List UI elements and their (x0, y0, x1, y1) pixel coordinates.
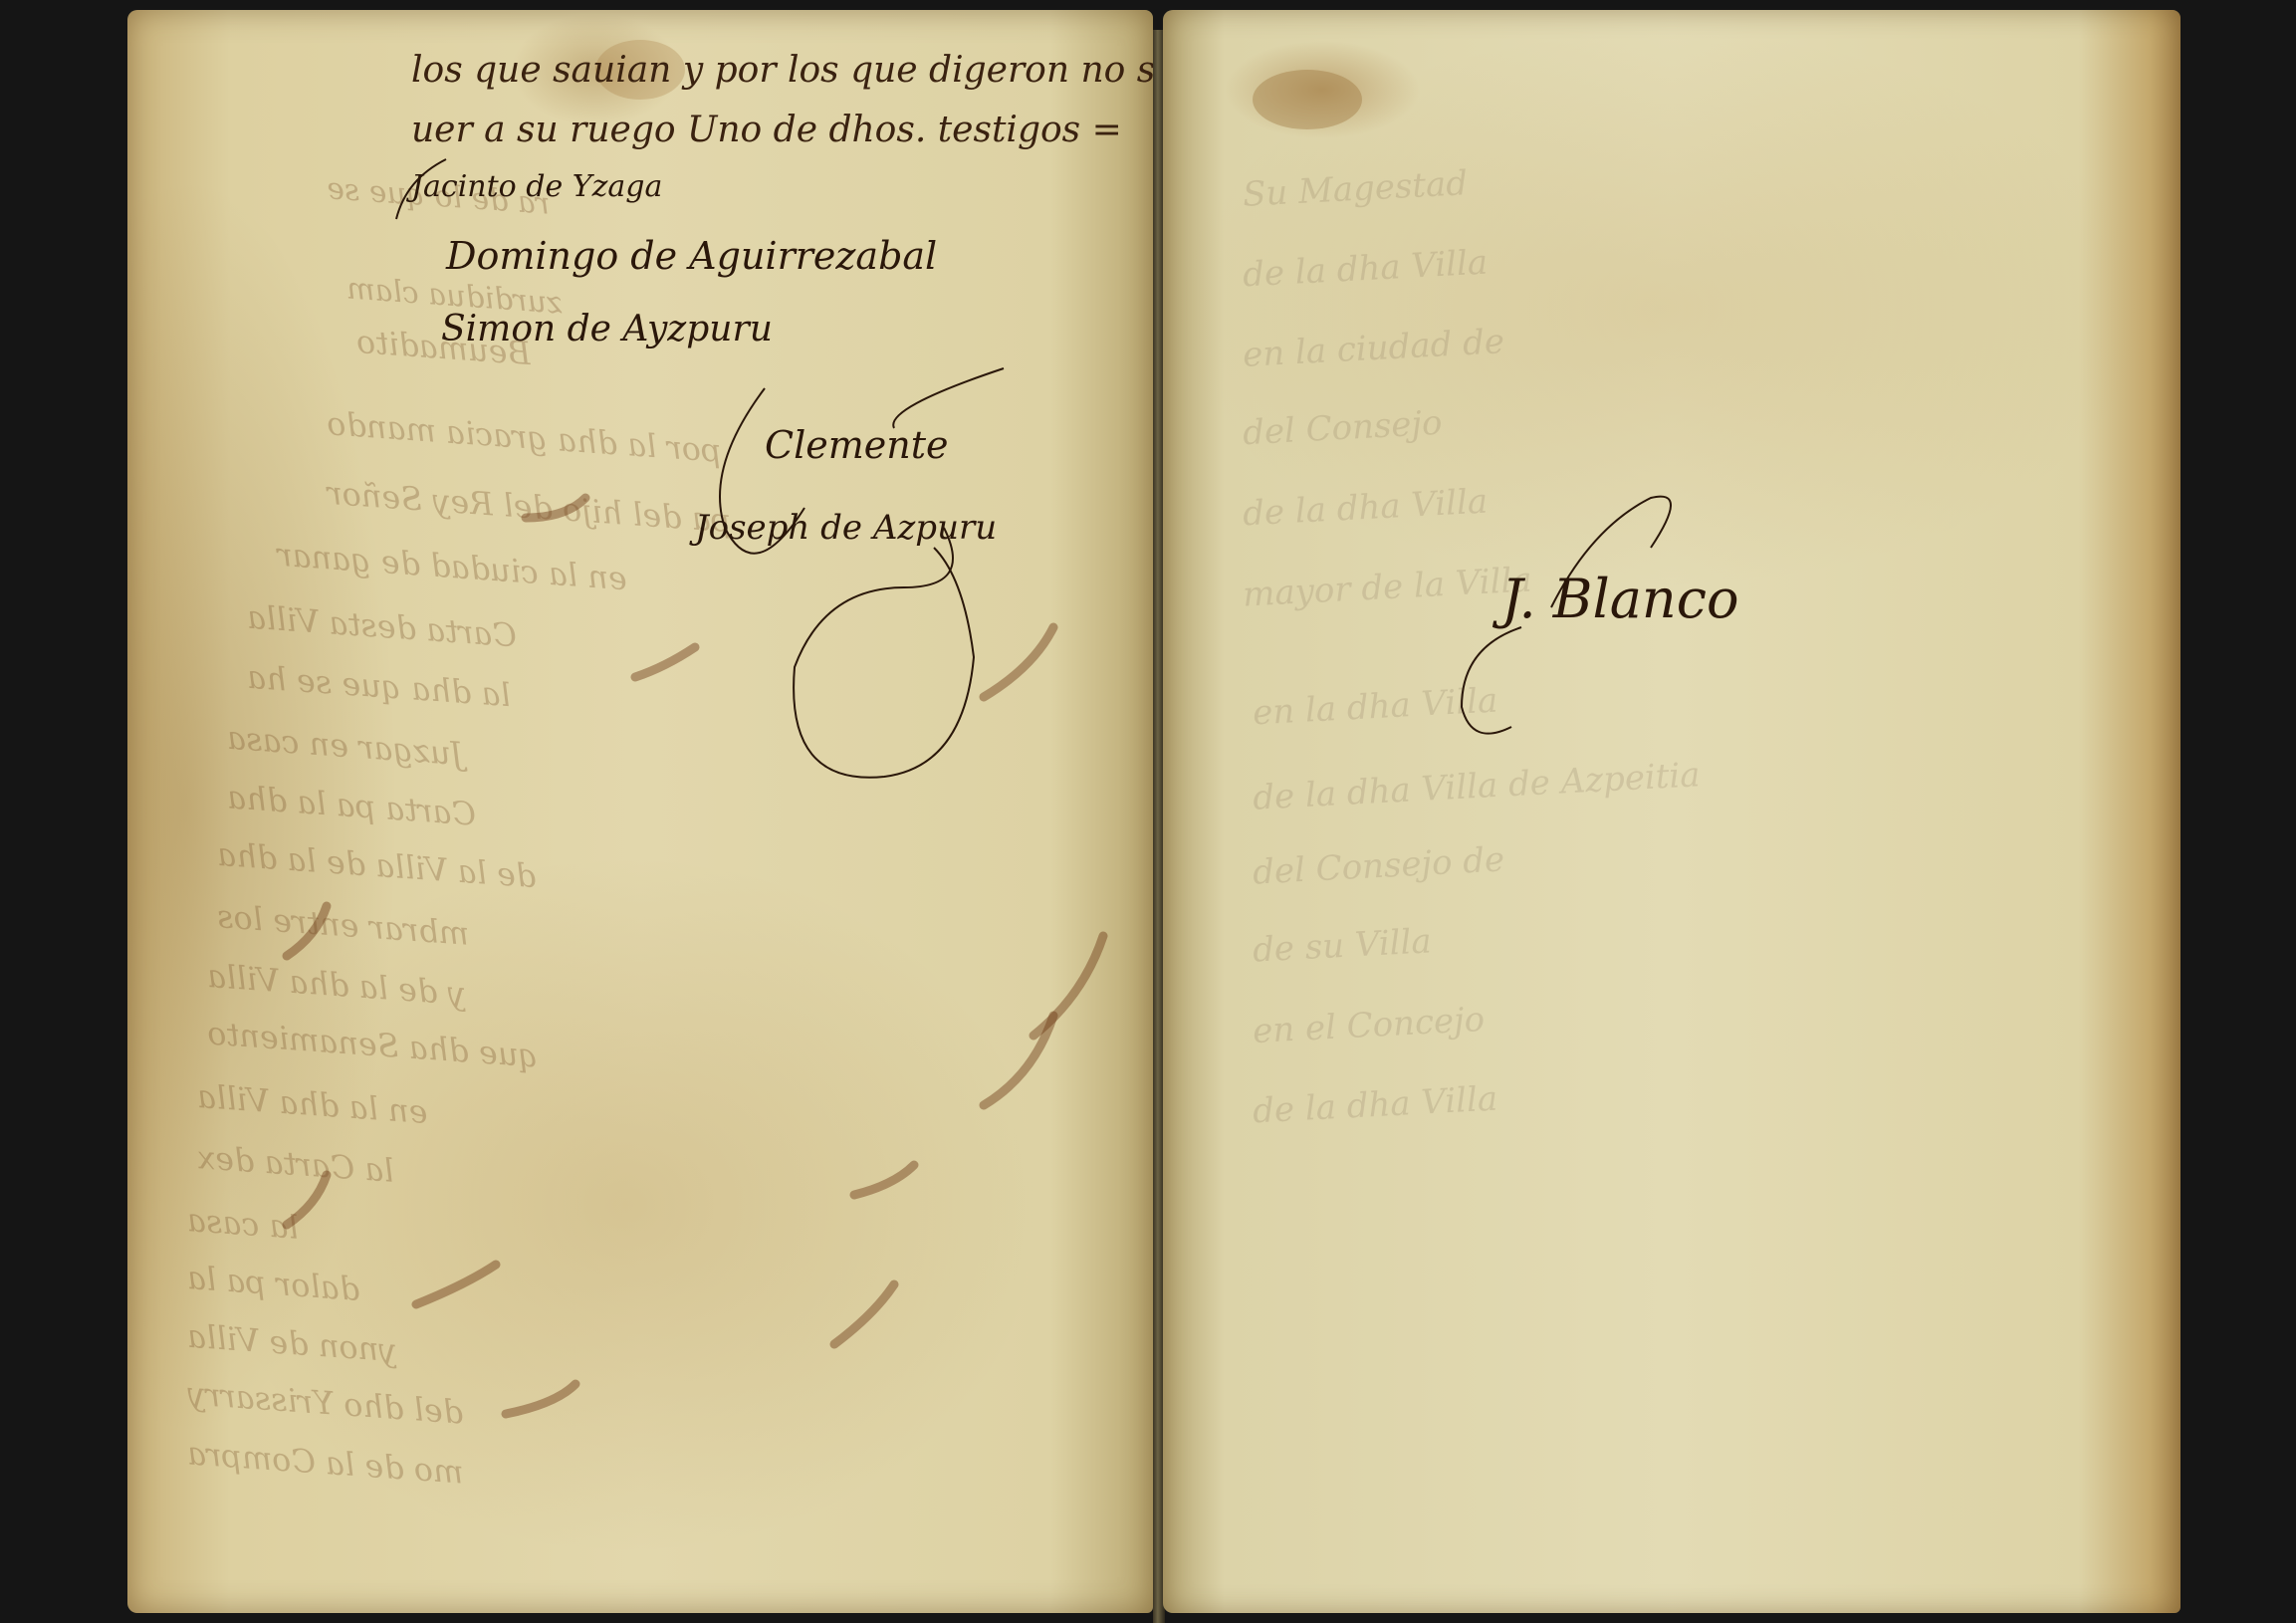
manuscript-spread: ra de lo que se zurdidua clam Beumadito … (127, 10, 2179, 1623)
left-page: ra de lo que se zurdidua clam Beumadito … (127, 10, 1153, 1613)
signature-flourish (127, 10, 1153, 1613)
signature-flourish (1163, 10, 2181, 1613)
document-viewer: ra de lo que se zurdidua clam Beumadito … (0, 0, 2296, 1623)
right-page: Su Magestad de la dha Villa en la ciudad… (1163, 10, 2181, 1613)
